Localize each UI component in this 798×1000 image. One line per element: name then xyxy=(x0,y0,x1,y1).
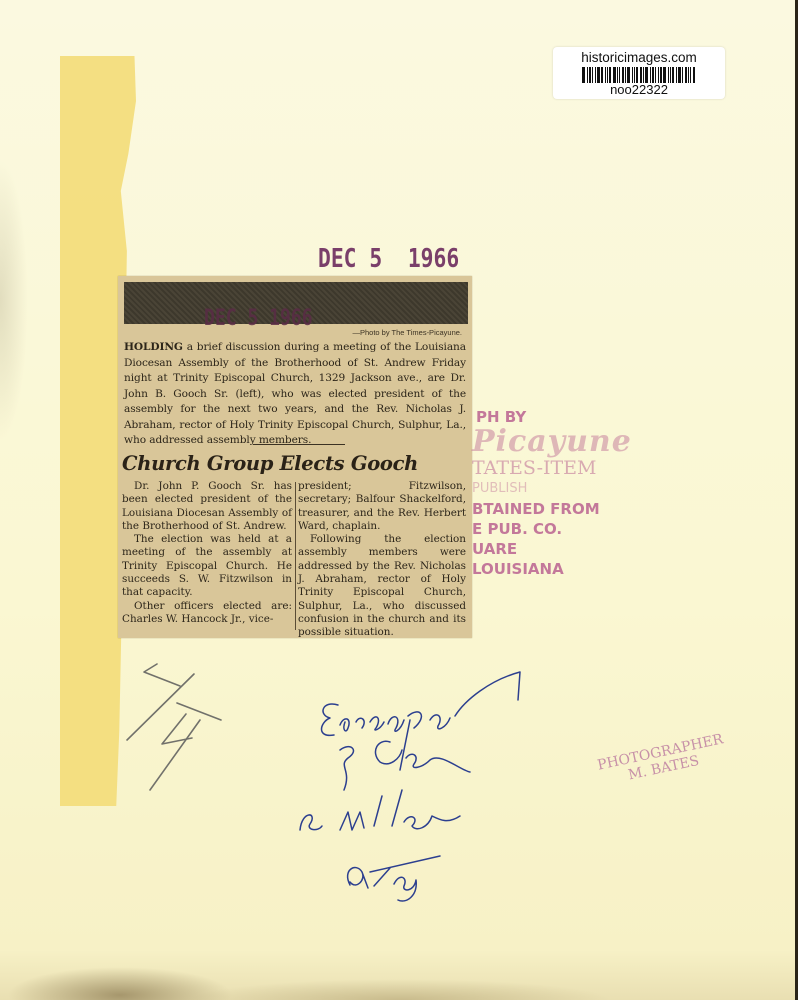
stamp-line: BTAINED FROM xyxy=(472,500,672,518)
stamp-line: LOUISIANA xyxy=(472,560,672,578)
sticker-site: historicimages.com xyxy=(553,51,725,65)
paragraph: president; Fitzwilson, secretary; Balfou… xyxy=(298,480,466,533)
photo-credit: —Photo by The Times-Picayune. xyxy=(353,328,463,337)
paragraph: Other officers elected are: Charles W. H… xyxy=(122,600,292,627)
article-column-left: Dr. John P. Gooch Sr. has been elected p… xyxy=(122,480,292,626)
stamp-line: PUBLISH xyxy=(472,481,672,496)
barcode-sticker: historicimages.com noo22322 xyxy=(553,47,725,99)
caption-text: a brief discussion during a meeting of t… xyxy=(124,341,466,446)
article-column-right: president; Fitzwilson, secretary; Balfou… xyxy=(298,480,466,640)
clipping-photo: DEC 5 1966 xyxy=(124,282,468,324)
paragraph: Following the election assembly members … xyxy=(298,533,466,639)
stamp-line: TATES-ITEM xyxy=(472,457,672,479)
sticker-code: noo22322 xyxy=(553,83,725,97)
stamp-line: Picayune xyxy=(472,424,672,459)
photo-date-stamp: DEC 5 1966 xyxy=(204,306,313,331)
stamp-line: E PUB. CO. xyxy=(472,520,672,538)
column-divider xyxy=(295,482,296,630)
paragraph: The election was held at a meeting of th… xyxy=(122,533,292,599)
publisher-stamp: PH BY Picayune TATES-ITEM PUBLISH BTAINE… xyxy=(472,408,672,578)
barcode-icon xyxy=(569,67,709,83)
photo-caption: HOLDING a brief discussion during a meet… xyxy=(124,340,466,449)
date-stamp: DEC 5 1966 xyxy=(318,244,459,274)
caption-lead: HOLDING xyxy=(124,341,183,353)
newspaper-clipping: DEC 5 1966 —Photo by The Times-Picayune.… xyxy=(118,276,472,638)
stamp-line: UARE xyxy=(472,540,672,558)
paragraph: Dr. John P. Gooch Sr. has been elected p… xyxy=(122,480,292,533)
article-headline: Church Group Elects Gooch xyxy=(122,452,418,475)
divider-rule xyxy=(253,444,345,445)
